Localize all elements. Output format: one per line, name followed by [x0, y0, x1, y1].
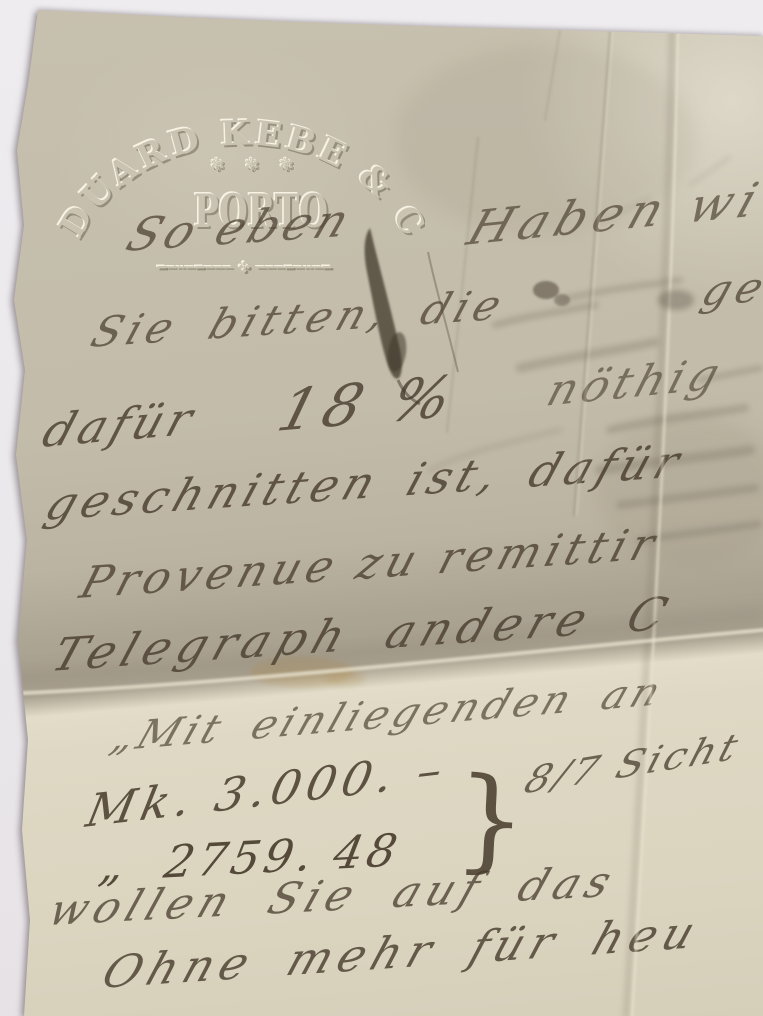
- handwriting-line-3b-amount: 18 %: [272, 367, 464, 440]
- letterhead-embossed-stamp: EDUARD KEBE & Cº ❃ ❃ ❃ PORTO ━─╌─━─── ✤ …: [55, 80, 425, 295]
- letter-paper: EDUARD KEBE & Cº ❃ ❃ ❃ PORTO ━─╌─━─── ✤ …: [0, 0, 763, 1016]
- handwriting-line-3a: dafür: [37, 395, 202, 454]
- foxing-stain: [325, 670, 365, 686]
- scanned-letter-background: EDUARD KEBE & Cº ❃ ❃ ❃ PORTO ━─╌─━─── ✤ …: [0, 0, 763, 1016]
- handwriting-amount-brace: }: [452, 762, 529, 878]
- paper-shadow-wrap: EDUARD KEBE & Cº ❃ ❃ ❃ PORTO ━─╌─━─── ✤ …: [0, 0, 763, 1016]
